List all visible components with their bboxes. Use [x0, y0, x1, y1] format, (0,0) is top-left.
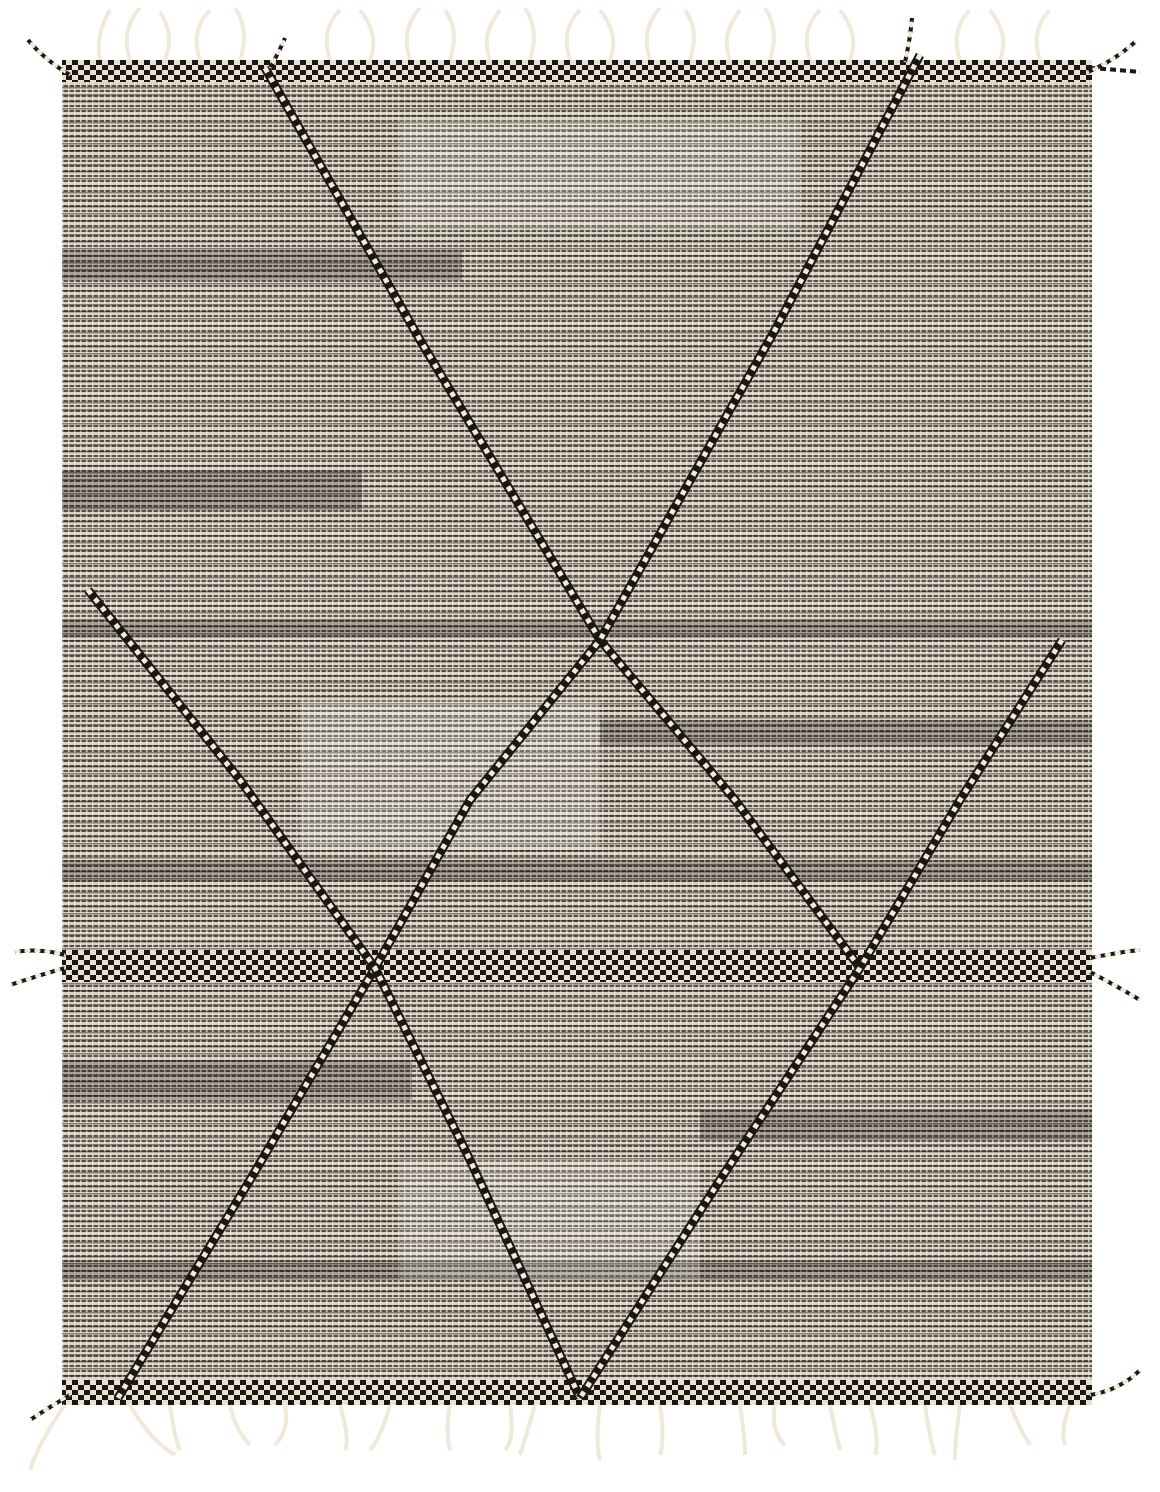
- top-border: [62, 60, 1092, 82]
- rug-photo: [0, 0, 1160, 1492]
- rug-illustration: [0, 0, 1160, 1492]
- middle-band: [62, 950, 1092, 982]
- bottom-fringe: [30, 1405, 1070, 1470]
